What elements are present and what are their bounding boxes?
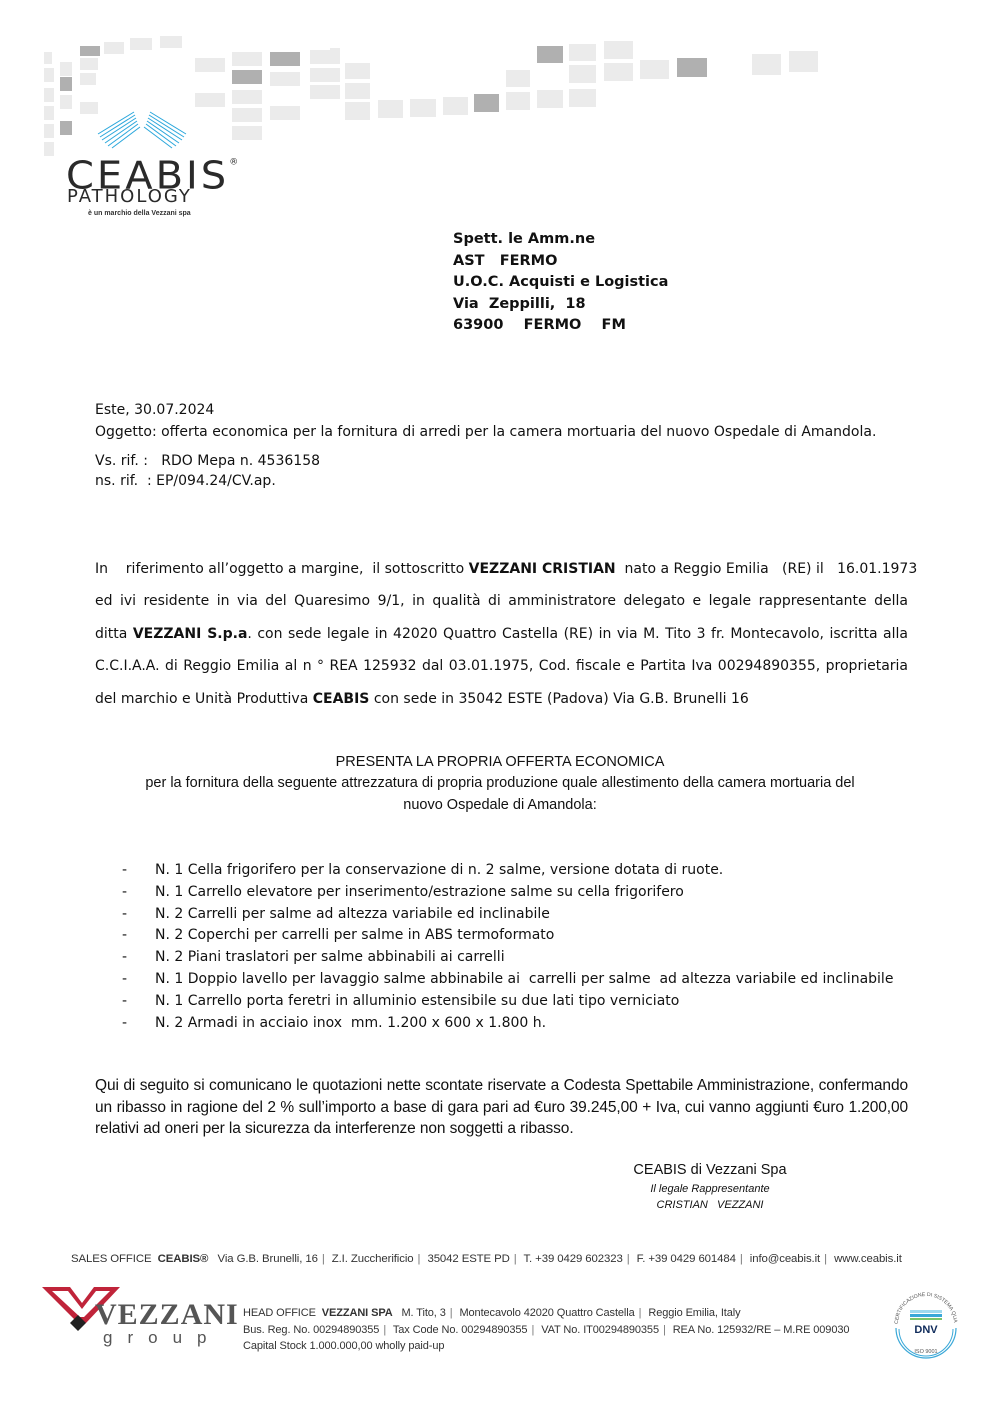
recipient-line: Via Zeppilli, 18 <box>453 294 668 316</box>
list-item: -N. 2 Coperchi per carrelli per salme in… <box>122 925 893 947</box>
place-date: Este, 30.07.2024 <box>95 402 214 418</box>
list-item: -N. 1 Carrello elevatore per inserimento… <box>122 882 893 904</box>
signature-name: CRISTIAN VEZZANI <box>600 1199 820 1211</box>
brand-name: CEABIS <box>313 691 370 707</box>
your-reference: Vs. rif. : RDO Mepa n. 4536158 <box>95 453 320 469</box>
dnv-certification-badge: CERTIFICAZIONE DI SISTEMA QUALITÀ DNV IS… <box>888 1284 964 1360</box>
recipient-line: AST FERMO <box>453 251 668 273</box>
svg-text:DNV: DNV <box>914 1324 938 1336</box>
signature-company: CEABIS di Vezzani Spa <box>600 1162 820 1178</box>
list-item: -N. 1 Doppio lavello per lavaggio salme … <box>122 969 893 991</box>
head-office-block: HEAD OFFICE VEZZANI SPA M. Tito, 3| Mont… <box>243 1305 849 1355</box>
list-item: -N. 2 Piani traslatori per salme abbinab… <box>122 947 893 969</box>
intro-line: In riferimento all’oggetto a margine, il… <box>95 561 908 577</box>
signatory-name: VEZZANI CRISTIAN <box>469 561 616 577</box>
intro-line: ditta VEZZANI S.p.a. con sede legale in … <box>95 626 908 642</box>
vezzani-group-label: group <box>103 1328 221 1348</box>
list-item: -N. 1 Carrello porta feretri in allumini… <box>122 991 893 1013</box>
sales-website-link[interactable]: www.ceabis.it <box>834 1253 902 1265</box>
list-item: -N. 2 Armadi in acciaio inox mm. 1.200 x… <box>122 1013 893 1035</box>
logo-subtitle: PATHOLOGY <box>67 186 192 207</box>
vezzani-wordmark: VEZZANI <box>95 1298 239 1332</box>
logo-tagline: è un marchio della Vezzani spa <box>88 210 191 217</box>
ceabis-emblem-icon <box>92 60 192 155</box>
subject-line: Oggetto: offerta economica per la fornit… <box>95 424 876 440</box>
sales-office-line: SALES OFFICE CEABIS® Via G.B. Brunelli, … <box>71 1253 902 1265</box>
our-reference: ns. rif. : EP/094.24/CV.ap. <box>95 473 276 489</box>
dnv-badge-icon: CERTIFICAZIONE DI SISTEMA QUALITÀ DNV IS… <box>888 1284 964 1360</box>
head-office-line: HEAD OFFICE VEZZANI SPA M. Tito, 3| Mont… <box>243 1305 849 1322</box>
intro-line: C.C.I.A.A. di Reggio Emilia al n ° REA 1… <box>95 658 908 674</box>
list-item: -N. 2 Carrelli per salme ad altezza vari… <box>122 904 893 926</box>
intro-line: ed ivi residente in via del Quaresimo 9/… <box>95 593 908 609</box>
registration-line: Bus. Reg. No. 00294890355| Tax Code No. … <box>243 1322 849 1339</box>
signature-role: Il legale Rappresentante <box>600 1183 820 1195</box>
sales-email-link[interactable]: info@ceabis.it <box>750 1253 820 1265</box>
offer-description: per la fornitura della seguente attrezza… <box>90 775 910 791</box>
intro-line: del marchio e Unità Produttiva CEABIS co… <box>95 691 749 707</box>
recipient-line: U.O.C. Acquisti e Logistica <box>453 272 668 294</box>
recipient-address: Spett. le Amm.ne AST FERMO U.O.C. Acquis… <box>453 229 668 337</box>
svg-text:ISO 9001: ISO 9001 <box>914 1349 937 1355</box>
offer-description-cont: nuovo Ospedale di Amandola: <box>90 797 910 813</box>
quotation-paragraph: Qui di seguito si comunicano le quotazio… <box>95 1075 908 1140</box>
recipient-line: 63900 FERMO FM <box>453 315 668 337</box>
offer-heading: PRESENTA LA PROPRIA OFFERTA ECONOMICA <box>90 754 910 770</box>
equipment-list: -N. 1 Cella frigorifero per la conservaz… <box>122 860 893 1034</box>
list-item: -N. 1 Cella frigorifero per la conservaz… <box>122 860 893 882</box>
recipient-line: Spett. le Amm.ne <box>453 229 668 251</box>
sales-brand: CEABIS® <box>158 1253 209 1265</box>
capital-stock-line: Capital Stock 1.000.000,00 wholly paid-u… <box>243 1338 849 1355</box>
company-name: VEZZANI S.p.a <box>133 626 248 642</box>
